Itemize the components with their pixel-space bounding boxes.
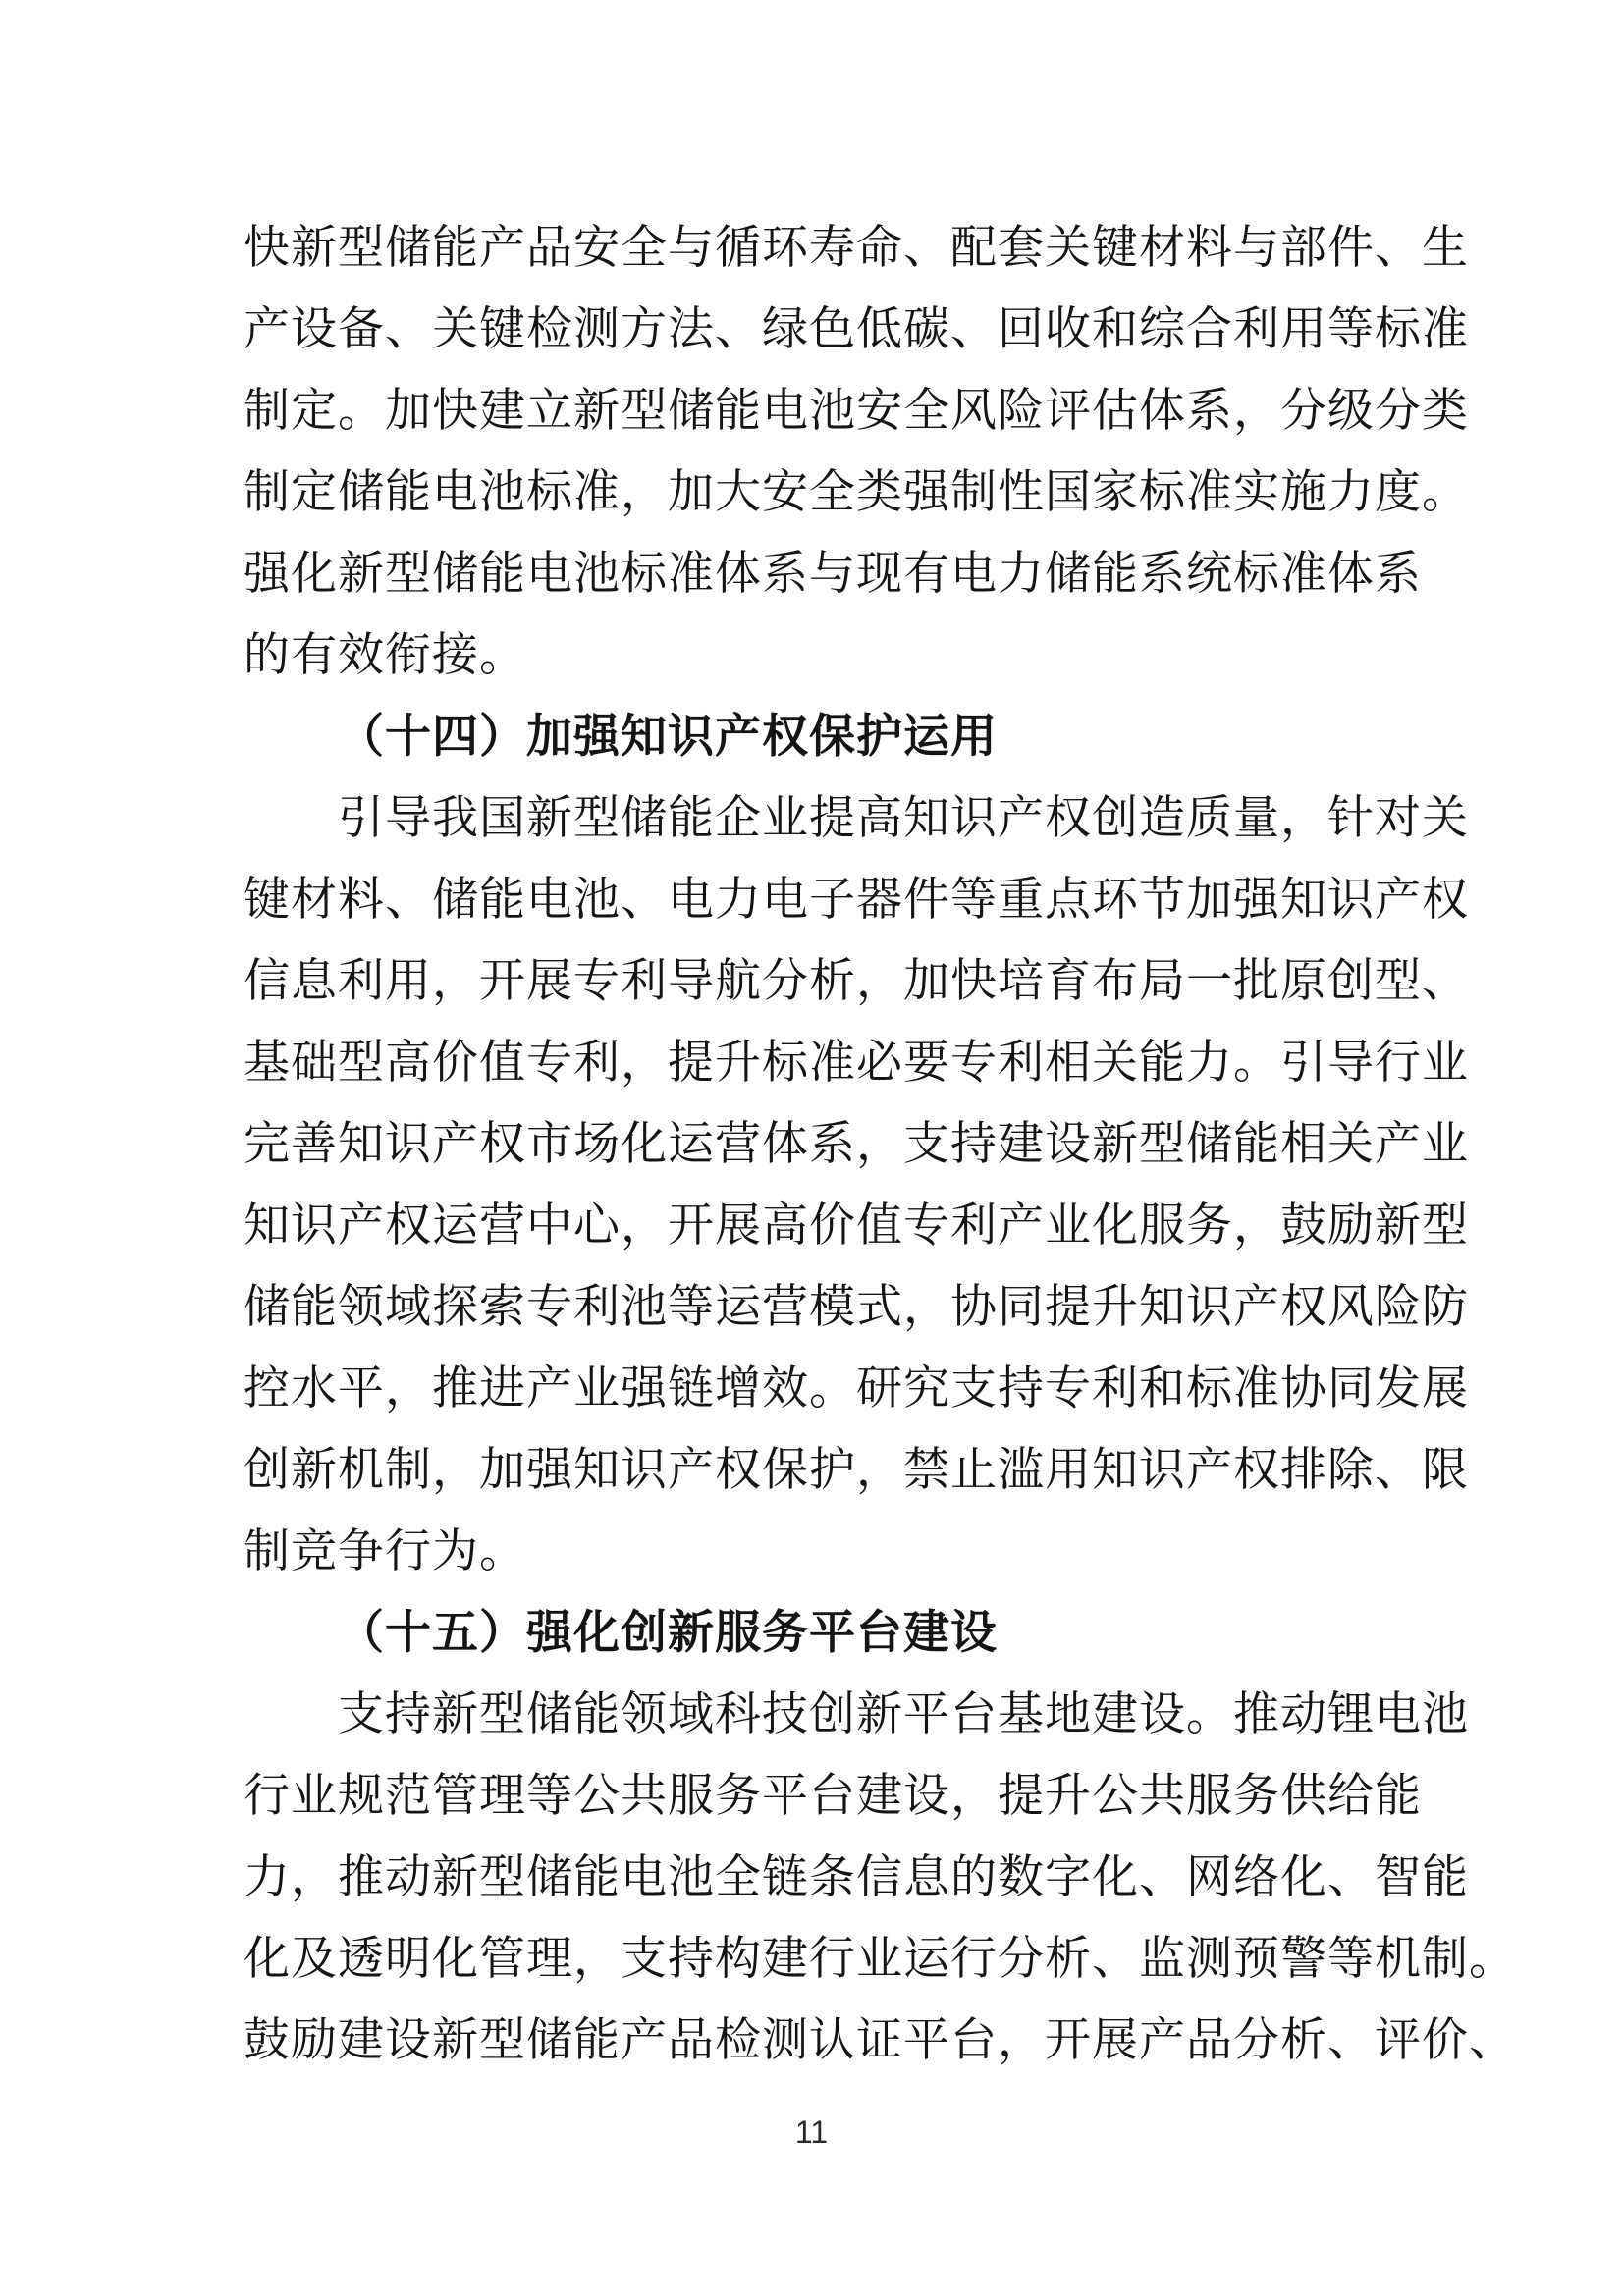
- text-line: 控水平，推进产业强链增效。研究支持专利和标准协同发展: [243, 1349, 1392, 1430]
- text-line: 力，推动新型储能电池全链条信息的数字化、网络化、智能: [243, 1838, 1392, 1919]
- page-number: 11: [795, 2114, 828, 2150]
- text-line: 产设备、关键检测方法、绿色低碳、回收和综合利用等标准: [243, 290, 1392, 371]
- paragraph: 引导我国新型储能企业提高知识产权创造质量，针对关键材料、储能电池、电力电子器件等…: [243, 778, 1392, 1593]
- paragraph: 支持新型储能领域科技创新平台基地建设。推动锂电池行业规范管理等公共服务平台建设，…: [243, 1675, 1392, 2082]
- text-line: 强化新型储能电池标准体系与现有电力储能系统标准体系: [243, 534, 1392, 615]
- text-line: 键材料、储能电池、电力电子器件等重点环节加强知识产权: [243, 860, 1392, 941]
- text-line: 引导我国新型储能企业提高知识产权创造质量，针对关: [243, 778, 1392, 860]
- heading-line: （十四）加强知识产权保护运用: [243, 697, 1392, 778]
- text-line: 制竞争行为。: [243, 1512, 1392, 1593]
- text-line: 快新型储能产品安全与循环寿命、配套关键材料与部件、生: [243, 208, 1392, 290]
- document-body: 快新型储能产品安全与循环寿命、配套关键材料与部件、生产设备、关键检测方法、绿色低…: [243, 208, 1392, 2082]
- text-line: 行业规范管理等公共服务平台建设，提升公共服务供给能: [243, 1756, 1392, 1838]
- text-line: 信息利用，开展专利导航分析，加快培育布局一批原创型、: [243, 941, 1392, 1023]
- text-line: 化及透明化管理，支持构建行业运行分析、监测预警等机制。: [243, 1919, 1392, 2001]
- heading-line: （十五）强化创新服务平台建设: [243, 1593, 1392, 1675]
- text-line: 鼓励建设新型储能产品检测认证平台，开展产品分析、评价、: [243, 2001, 1392, 2082]
- text-line: 知识产权运营中心，开展高价值专利产业化服务，鼓励新型: [243, 1186, 1392, 1267]
- text-line: 基础型高价值专利，提升标准必要专利相关能力。引导行业: [243, 1023, 1392, 1104]
- text-line: 储能领域探索专利池等运营模式，协同提升知识产权风险防: [243, 1267, 1392, 1349]
- section-heading: （十五）强化创新服务平台建设: [243, 1593, 1392, 1675]
- text-line: 创新机制，加强知识产权保护，禁止滥用知识产权排除、限: [243, 1430, 1392, 1512]
- section-heading: （十四）加强知识产权保护运用: [243, 697, 1392, 778]
- text-line: 制定。加快建立新型储能电池安全风险评估体系，分级分类: [243, 371, 1392, 453]
- text-line: 完善知识产权市场化运营体系，支持建设新型储能相关产业: [243, 1104, 1392, 1186]
- document-page: 快新型储能产品安全与循环寿命、配套关键材料与部件、生产设备、关键检测方法、绿色低…: [0, 0, 1623, 2296]
- text-line: 制定储能电池标准，加大安全类强制性国家标准实施力度。: [243, 453, 1392, 534]
- text-line: 支持新型储能领域科技创新平台基地建设。推动锂电池: [243, 1675, 1392, 1756]
- paragraph: 快新型储能产品安全与循环寿命、配套关键材料与部件、生产设备、关键检测方法、绿色低…: [243, 208, 1392, 697]
- page-footer: 11: [0, 2112, 1623, 2152]
- text-line: 的有效衔接。: [243, 615, 1392, 697]
